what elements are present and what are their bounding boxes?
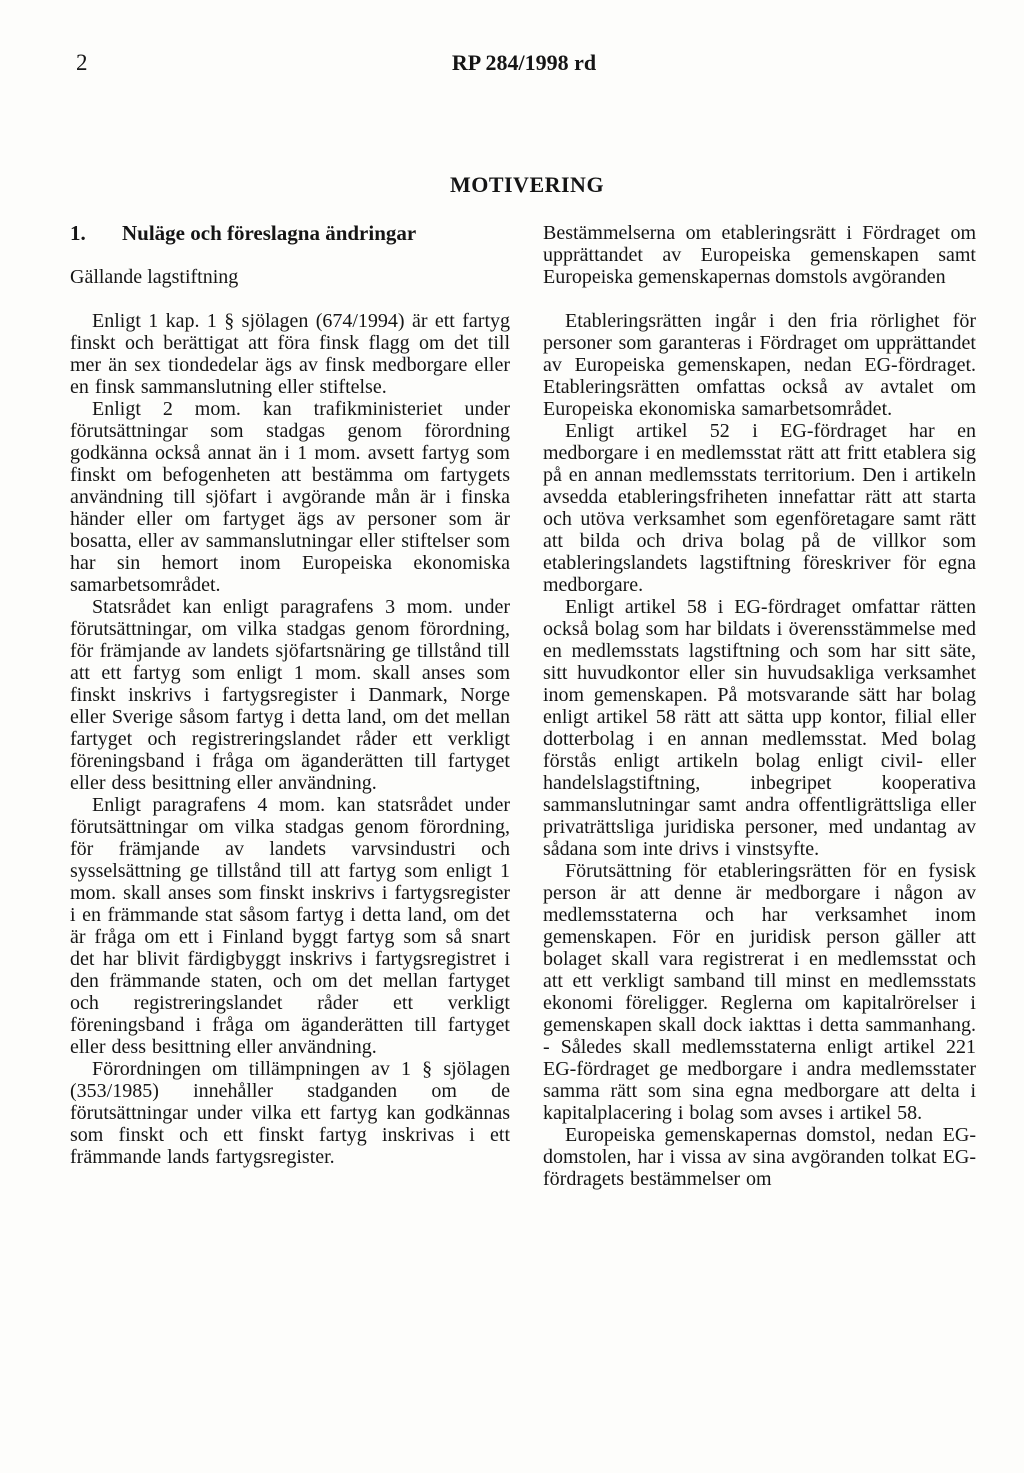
paragraph: Europeiska gemenskapernas domstol, nedan… <box>543 1124 976 1190</box>
paragraph: Enligt artikel 52 i EG-fördraget har en … <box>543 420 976 596</box>
paragraph: Statsrådet kan enligt paragrafens 3 mom.… <box>70 596 510 794</box>
paragraph: Enligt 1 kap. 1 § sjölagen (674/1994) är… <box>70 310 510 398</box>
document-page: 2 RP 284/1998 rd MOTIVERING 1.Nuläge och… <box>0 0 1024 1473</box>
main-heading: MOTIVERING <box>30 173 1024 197</box>
paragraph: Etableringsrätten ingår i den fria rörli… <box>543 310 976 420</box>
section-title: Nuläge och föreslagna ändringar <box>122 221 416 245</box>
paragraph: Förutsättning för etableringsrätten för … <box>543 860 976 1124</box>
paragraph: Enligt 2 mom. kan trafikministeriet unde… <box>70 398 510 596</box>
left-subheading: Gällande lagstiftning <box>70 266 510 288</box>
paragraph: Enligt paragrafens 4 mom. kan statsrådet… <box>70 794 510 1058</box>
left-column: 1.Nuläge och föreslagna ändringar Gällan… <box>70 222 510 1190</box>
text-columns: 1.Nuläge och föreslagna ändringar Gällan… <box>70 222 976 1190</box>
document-header: RP 284/1998 rd <box>24 51 1024 75</box>
right-column: Bestämmelserna om etableringsrätt i Förd… <box>543 222 976 1190</box>
section-number: 1. <box>70 222 122 244</box>
paragraph: Förordningen om tillämpningen av 1 § sjö… <box>70 1058 510 1168</box>
section-heading: 1.Nuläge och föreslagna ändringar <box>70 222 510 244</box>
paragraph: Enligt artikel 58 i EG-fördraget omfatta… <box>543 596 976 860</box>
right-subheading: Bestämmelserna om etableringsrätt i Förd… <box>543 222 976 288</box>
